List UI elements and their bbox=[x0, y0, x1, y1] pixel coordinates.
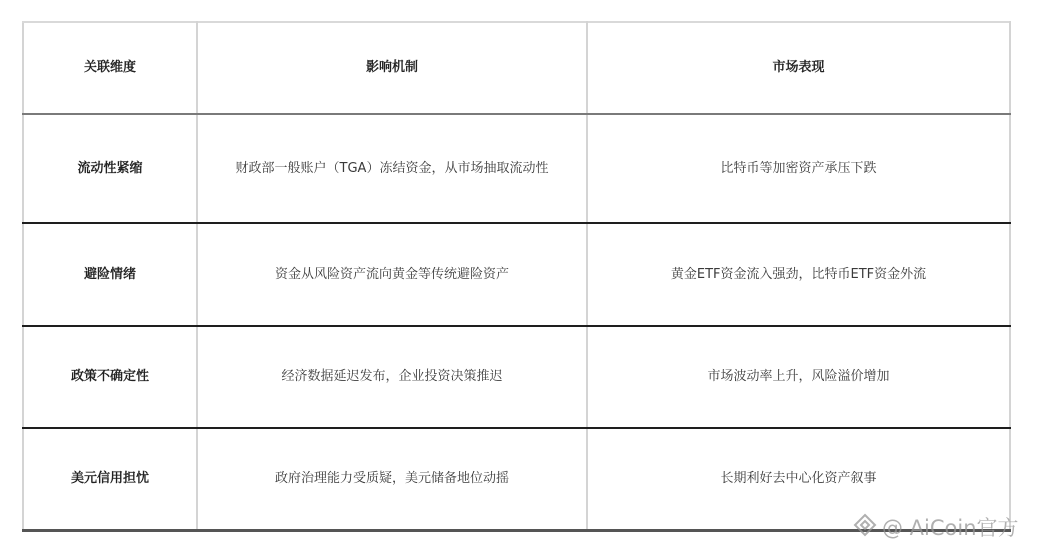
impact-table: 关联维度 影响机制 市场表现 流动性紧缩 财政部一般账户（TGA）冻结资金，从市… bbox=[22, 21, 1011, 532]
cell-market: 长期利好去中心化资产叙事 bbox=[587, 428, 1010, 531]
cell-market: 市场波动率上升，风险溢价增加 bbox=[587, 326, 1010, 428]
header-dimension: 关联维度 bbox=[23, 22, 197, 114]
cell-mechanism: 资金从风险资产流向黄金等传统避险资产 bbox=[197, 223, 587, 326]
page: 关联维度 影响机制 市场表现 流动性紧缩 财政部一般账户（TGA）冻结资金，从市… bbox=[0, 0, 1040, 552]
table-header-row: 关联维度 影响机制 市场表现 bbox=[23, 22, 1010, 114]
cell-market: 比特币等加密资产承压下跌 bbox=[587, 114, 1010, 223]
cell-mechanism: 经济数据延迟发布，企业投资决策推迟 bbox=[197, 326, 587, 428]
cell-mechanism: 财政部一般账户（TGA）冻结资金，从市场抽取流动性 bbox=[197, 114, 587, 223]
cell-dimension: 美元信用担忧 bbox=[23, 428, 197, 531]
table-row: 流动性紧缩 财政部一般账户（TGA）冻结资金，从市场抽取流动性 比特币等加密资产… bbox=[23, 114, 1010, 223]
cell-market: 黄金ETF资金流入强劲，比特币ETF资金外流 bbox=[587, 223, 1010, 326]
table-row: 美元信用担忧 政府治理能力受质疑，美元储备地位动摇 长期利好去中心化资产叙事 bbox=[23, 428, 1010, 531]
header-market: 市场表现 bbox=[587, 22, 1010, 114]
cell-mechanism: 政府治理能力受质疑，美元储备地位动摇 bbox=[197, 428, 587, 531]
cell-dimension: 流动性紧缩 bbox=[23, 114, 197, 223]
table-row: 政策不确定性 经济数据延迟发布，企业投资决策推迟 市场波动率上升，风险溢价增加 bbox=[23, 326, 1010, 428]
cell-dimension: 政策不确定性 bbox=[23, 326, 197, 428]
header-mechanism: 影响机制 bbox=[197, 22, 587, 114]
cell-dimension: 避险情绪 bbox=[23, 223, 197, 326]
table-row: 避险情绪 资金从风险资产流向黄金等传统避险资产 黄金ETF资金流入强劲，比特币E… bbox=[23, 223, 1010, 326]
